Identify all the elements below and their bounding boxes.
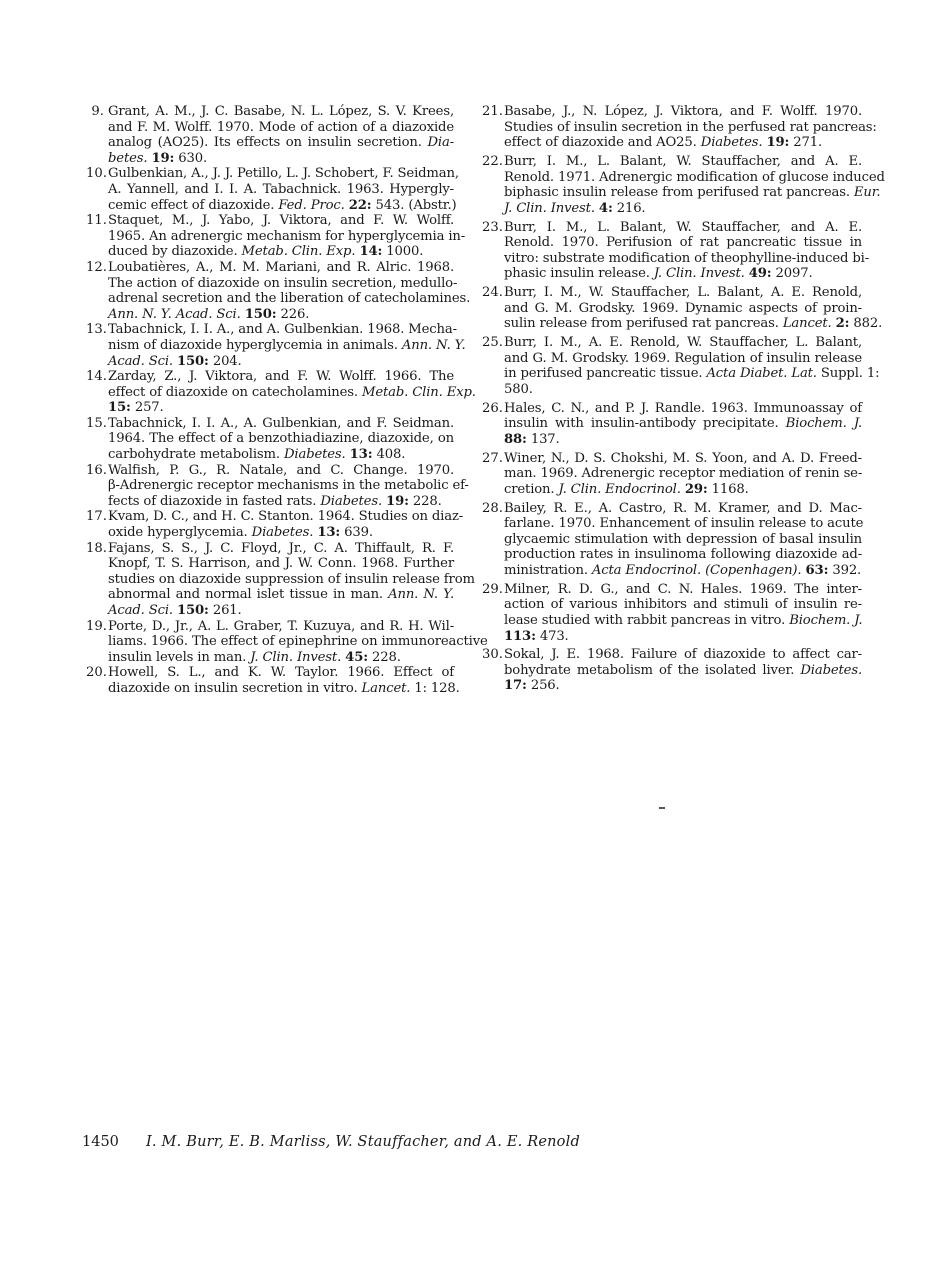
volume-number: 19: <box>151 151 174 166</box>
journal-title: Dia- <box>427 135 454 150</box>
reference-text: abnormal and normal islet tissue in man. <box>108 587 388 602</box>
journal-title: Diabetes. <box>701 135 763 150</box>
volume-number: 150: <box>177 603 209 618</box>
reference-text: sulin release from perifused rat pancrea… <box>504 316 783 331</box>
reference-text: carbohydrate metabolism. <box>108 447 284 462</box>
reference-number: 30. <box>482 647 500 663</box>
reference-item: 12.Loubatières, A., M. M. Mariani, and R… <box>86 260 454 322</box>
reference-line: effect of diazoxide on catecholamines. M… <box>108 385 454 401</box>
reference-text: phasic insulin release. <box>504 266 654 281</box>
volume-number: 15: <box>108 400 131 415</box>
reference-text: and F. M. Wolff. 1970. Mode of action of… <box>108 120 454 135</box>
reference-line: 15: 257. <box>108 400 454 416</box>
reference-text: 882. <box>849 316 882 331</box>
reference-text: 630. <box>174 151 207 166</box>
page-number: 1450 <box>82 1133 146 1151</box>
reference-text: ministration. <box>504 563 592 578</box>
reference-item: 11.Staquet, M., J. Yabo, J. Viktora, and… <box>86 213 454 260</box>
reference-line: Zarday, Z., J. Viktora, and F. W. Wolff.… <box>108 369 454 385</box>
reference-text: 543. (Abstr.) <box>372 198 457 213</box>
reference-line: 17: 256. <box>504 678 862 694</box>
reference-text: Burr, I. M., A. E. Renold, W. Stauffache… <box>504 335 862 350</box>
journal-title: Fed. Proc. <box>278 198 344 213</box>
volume-number: 113: <box>504 629 536 644</box>
reference-text: Loubatières, A., M. M. Mariani, and R. A… <box>108 260 454 275</box>
reference-number: 15. <box>86 416 104 432</box>
reference-line: Burr, I. M., L. Balant, W. Stauffacher, … <box>504 154 862 170</box>
reference-number: 27. <box>482 451 500 467</box>
reference-line: β-Adrenergic receptor mechanisms in the … <box>108 478 454 494</box>
reference-line: duced by diazoxide. Metab. Clin. Exp. 14… <box>108 244 454 260</box>
reference-line: carbohydrate metabolism. Diabetes. 13: 4… <box>108 447 454 463</box>
reference-line: Acad. Sci. 150: 261. <box>108 603 454 619</box>
reference-text: oxide hyperglycemia. <box>108 525 252 540</box>
reference-line: cretion. J. Clin. Endocrinol. 29: 1168. <box>504 482 862 498</box>
reference-number: 18. <box>86 541 104 557</box>
reference-item: 10.Gulbenkian, A., J. J. Petillo, L. J. … <box>86 166 454 213</box>
reference-text: Walfish, P. G., R. Natale, and C. Change… <box>108 463 454 478</box>
reference-text: in perifused pancreatic tissue. <box>504 366 706 381</box>
reference-text: Grant, A. M., J. C. Basabe, N. L. López,… <box>108 104 454 119</box>
reference-line: Kvam, D. C., and H. C. Stanton. 1964. St… <box>108 509 454 525</box>
journal-title: Biochem. J. <box>789 613 862 628</box>
journal-title: J. Clin. Invest. <box>504 201 595 216</box>
volume-number: 22: <box>349 198 372 213</box>
reference-number: 10. <box>86 166 104 182</box>
reference-text: 639. <box>340 525 373 540</box>
reference-text: analog (AO25). Its effects on insulin se… <box>108 135 427 150</box>
reference-line: 580. <box>504 382 862 398</box>
reference-text: Renold. 1970. Perifusion of rat pancreat… <box>504 235 862 250</box>
reference-text: adrenal secretion and the liberation of … <box>108 291 470 306</box>
reference-line: Loubatières, A., M. M. Mariani, and R. A… <box>108 260 454 276</box>
reference-line: fects of diazoxide in fasted rats. Diabe… <box>108 494 454 510</box>
reference-text: β-Adrenergic receptor mechanisms in the … <box>108 478 469 493</box>
reference-line: Renold. 1971. Adrenergic modification of… <box>504 170 862 186</box>
reference-line: Staquet, M., J. Yabo, J. Viktora, and F.… <box>108 213 454 229</box>
reference-text: production rates in insulinoma following… <box>504 547 862 562</box>
reference-item: 30.Sokal, J. E. 1968. Failure of diazoxi… <box>482 647 862 694</box>
reference-line: Burr, I. M., W. Stauffacher, L. Balant, … <box>504 285 862 301</box>
reference-text: studies on diazoxide suppression of insu… <box>108 572 475 587</box>
reference-text: Zarday, Z., J. Viktora, and F. W. Wolff.… <box>108 369 454 384</box>
reference-text: effect of diazoxide and AO25. <box>504 135 701 150</box>
reference-text: Porte, D., Jr., A. L. Graber, T. Kuzuya,… <box>108 619 454 634</box>
reference-text: lease studied with rabbit pancreas in vi… <box>504 613 789 628</box>
journal-title: Ann. N. Y. <box>388 587 454 602</box>
reference-line: studies on diazoxide suppression of insu… <box>108 572 454 588</box>
reference-text: vitro: substrate modification of theophy… <box>504 251 869 266</box>
reference-text: Suppl. 1: <box>817 366 880 381</box>
reference-line: action of various inhibitors and stimuli… <box>504 597 862 613</box>
reference-text: 216. <box>613 201 646 216</box>
reference-item: 21.Basabe, J., N. López, J. Viktora, and… <box>482 104 862 151</box>
reference-line: Knopf, T. S. Harrison, and J. W. Conn. 1… <box>108 556 454 572</box>
reference-text: Milner, R. D. G., and C. N. Hales. 1969.… <box>504 582 862 597</box>
reference-line: man. 1969. Adrenergic receptor mediation… <box>504 466 862 482</box>
reference-line: The action of diazoxide on insulin secre… <box>108 276 454 292</box>
reference-text: 137. <box>527 432 560 447</box>
reference-text: 2097. <box>772 266 813 281</box>
reference-number: 9. <box>86 104 104 120</box>
reference-text: 256. <box>527 678 560 693</box>
reference-line: abnormal and normal islet tissue in man.… <box>108 587 454 603</box>
reference-line: ministration. Acta Endocrinol. (Copenhag… <box>504 563 862 579</box>
reference-text: 1000. <box>382 244 423 259</box>
reference-text: Knopf, T. S. Harrison, and J. W. Conn. 1… <box>108 556 454 571</box>
reference-item: 19.Porte, D., Jr., A. L. Graber, T. Kuzu… <box>86 619 454 666</box>
reference-text: Gulbenkian, A., J. J. Petillo, L. J. Sch… <box>108 166 459 181</box>
journal-title: Diabetes. <box>320 494 382 509</box>
reference-text: and G. M. Grodsky. 1969. Regulation of i… <box>504 351 862 366</box>
reference-text: Kvam, D. C., and H. C. Stanton. 1964. St… <box>108 509 463 524</box>
journal-title: J. Clin. Invest. <box>250 650 341 665</box>
reference-text: Burr, I. M., L. Balant, W. Stauffacher, … <box>504 220 862 235</box>
reference-item: 18.Fajans, S. S., J. C. Floyd, Jr., C. A… <box>86 541 454 619</box>
reference-text: Fajans, S. S., J. C. Floyd, Jr., C. A. T… <box>108 541 454 556</box>
reference-text: bohydrate metabolism of the isolated liv… <box>504 663 800 678</box>
scan-speck <box>659 807 665 809</box>
reference-text: 1965. An adrenergic mechanism for hyperg… <box>108 229 465 244</box>
reference-text: Howell, S. L., and K. W. Taylor. 1966. E… <box>108 665 454 680</box>
reference-line: lease studied with rabbit pancreas in vi… <box>504 613 862 629</box>
reference-item: 17.Kvam, D. C., and H. C. Stanton. 1964.… <box>86 509 454 540</box>
reference-line: and G. M. Grodsky. 1969. Regulation of i… <box>504 351 862 367</box>
reference-text: Tabachnick, I. I. A., A. Gulbenkian, and… <box>108 416 454 431</box>
reference-text: 473. <box>536 629 569 644</box>
journal-title: Ann. N. Y. Acad. Sci. <box>108 307 241 322</box>
reference-line: 113: 473. <box>504 629 862 645</box>
volume-number: 13: <box>317 525 340 540</box>
reference-line: betes. 19: 630. <box>108 151 454 167</box>
journal-title: Metab. Clin. Exp. <box>362 385 476 400</box>
journal-title: Acad. Sci. <box>108 354 173 369</box>
reference-line: vitro: substrate modification of theophy… <box>504 251 862 267</box>
reference-text: The action of diazoxide on insulin secre… <box>108 276 457 291</box>
reference-line: J. Clin. Invest. 4: 216. <box>504 201 862 217</box>
reference-item: 9.Grant, A. M., J. C. Basabe, N. L. Lópe… <box>86 104 454 166</box>
reference-line: insulin with insulin-antibody precipitat… <box>504 416 862 432</box>
reference-line: and G. M. Grodsky. 1969. Dynamic aspects… <box>504 301 862 317</box>
running-head-authors: I. M. Burr, E. B. Marliss, W. Stauffache… <box>146 1134 580 1150</box>
reference-text: A. Yannell, and I. I. A. Tabachnick. 196… <box>108 182 454 197</box>
reference-line: diazoxide on insulin secretion in vitro.… <box>108 681 454 697</box>
volume-number: 13: <box>350 447 373 462</box>
reference-text: Burr, I. M., W. Stauffacher, L. Balant, … <box>504 285 862 300</box>
reference-number: 21. <box>482 104 500 120</box>
journal-title: Biochem. J. <box>786 416 862 431</box>
reference-item: 14.Zarday, Z., J. Viktora, and F. W. Wol… <box>86 369 454 416</box>
reference-text: duced by diazoxide. <box>108 244 242 259</box>
volume-number: 19: <box>766 135 789 150</box>
reference-item: 29.Milner, R. D. G., and C. N. Hales. 19… <box>482 582 862 644</box>
reference-line: Studies of insulin secretion in the perf… <box>504 120 862 136</box>
reference-line: Walfish, P. G., R. Natale, and C. Change… <box>108 463 454 479</box>
reference-number: 14. <box>86 369 104 385</box>
reference-number: 25. <box>482 335 500 351</box>
reference-text: Bailey, R. E., A. Castro, R. M. Kramer, … <box>504 501 862 516</box>
journal-title: Eur. <box>854 185 881 200</box>
reference-item: 15.Tabachnick, I. I. A., A. Gulbenkian, … <box>86 416 454 463</box>
reference-line: glycaemic stimulation with depression of… <box>504 532 862 548</box>
reference-line: liams. 1966. The effect of epinephrine o… <box>108 634 454 650</box>
reference-number: 17. <box>86 509 104 525</box>
reference-item: 23.Burr, I. M., L. Balant, W. Stauffache… <box>482 220 862 282</box>
reference-text: nism of diazoxide hyperglycemia in anima… <box>108 338 402 353</box>
journal-title: Ann. N. Y. <box>402 338 466 353</box>
journal-title: Metab. Clin. Exp. <box>242 244 356 259</box>
reference-number: 22. <box>482 154 500 170</box>
reference-text: 271. <box>789 135 822 150</box>
volume-number: 29: <box>685 482 708 497</box>
reference-text: 261. <box>209 603 242 618</box>
volume-number: 2: <box>836 316 850 331</box>
reference-text: 408. <box>372 447 405 462</box>
reference-text: 392. <box>828 563 861 578</box>
reference-text: effect of diazoxide on catecholamines. <box>108 385 362 400</box>
reference-item: 24.Burr, I. M., W. Stauffacher, L. Balan… <box>482 285 862 332</box>
journal-title: J. Clin. Endocrinol. <box>558 482 680 497</box>
journal-title: Lancet. <box>362 681 411 696</box>
volume-number: 63: <box>806 563 829 578</box>
reference-number: 20. <box>86 665 104 681</box>
reference-text: 1964. The effect of a benzothiadiazine, … <box>108 431 454 446</box>
reference-number: 29. <box>482 582 500 598</box>
reference-item: 13.Tabachnick, I. I. A., and A. Gulbenki… <box>86 322 454 369</box>
reference-text: Staquet, M., J. Yabo, J. Viktora, and F.… <box>108 213 454 228</box>
reference-text: fects of diazoxide in fasted rats. <box>108 494 320 509</box>
reference-number: 11. <box>86 213 104 229</box>
reference-text: 226. <box>276 307 309 322</box>
reference-line: A. Yannell, and I. I. A. Tabachnick. 196… <box>108 182 454 198</box>
reference-text: Tabachnick, I. I. A., and A. Gulbenkian.… <box>108 322 457 337</box>
journal-title: Acta Diabet. Lat. <box>706 366 816 381</box>
reference-line: Basabe, J., N. López, J. Viktora, and F.… <box>504 104 862 120</box>
reference-line: effect of diazoxide and AO25. Diabetes. … <box>504 135 862 151</box>
reference-text: Burr, I. M., L. Balant, W. Stauffacher, … <box>504 154 862 169</box>
volume-number: 17: <box>504 678 527 693</box>
reference-text: and G. M. Grodsky. 1969. Dynamic aspects… <box>504 301 862 316</box>
reference-text: Studies of insulin secretion in the perf… <box>504 120 877 135</box>
volume-number: 49: <box>749 266 772 281</box>
volume-number: 45: <box>345 650 368 665</box>
reference-text: action of various inhibitors and stimuli… <box>504 597 862 612</box>
volume-number: 150: <box>177 354 209 369</box>
references-column-right: 21.Basabe, J., N. López, J. Viktora, and… <box>482 104 862 697</box>
reference-text: Hales, C. N., and P. J. Randle. 1963. Im… <box>504 401 862 416</box>
reference-text: 228. <box>368 650 401 665</box>
reference-item: 27.Winer, N., D. S. Chokshi, M. S. Yoon,… <box>482 451 862 498</box>
reference-line: insulin levels in man. J. Clin. Invest. … <box>108 650 454 666</box>
reference-line: in perifused pancreatic tissue. Acta Dia… <box>504 366 862 382</box>
reference-item: 20.Howell, S. L., and K. W. Taylor. 1966… <box>86 665 454 696</box>
reference-text: Sokal, J. E. 1968. Failure of diazoxide … <box>504 647 862 662</box>
reference-text: Renold. 1971. Adrenergic modification of… <box>504 170 885 185</box>
reference-number: 23. <box>482 220 500 236</box>
reference-line: Grant, A. M., J. C. Basabe, N. L. López,… <box>108 104 454 120</box>
journal-title: J. Clin. Invest. <box>654 266 745 281</box>
reference-line: production rates in insulinoma following… <box>504 547 862 563</box>
volume-number: 88: <box>504 432 527 447</box>
reference-line: sulin release from perifused rat pancrea… <box>504 316 862 332</box>
reference-text: 204. <box>209 354 242 369</box>
reference-item: 26.Hales, C. N., and P. J. Randle. 1963.… <box>482 401 862 448</box>
reference-text: Basabe, J., N. López, J. Viktora, and F.… <box>504 104 862 119</box>
journal-title: Acad. Sci. <box>108 603 173 618</box>
volume-number: 4: <box>599 201 613 216</box>
reference-line: Hales, C. N., and P. J. Randle. 1963. Im… <box>504 401 862 417</box>
volume-number: 14: <box>359 244 382 259</box>
reference-line: oxide hyperglycemia. Diabetes. 13: 639. <box>108 525 454 541</box>
reference-text: cemic effect of diazoxide. <box>108 198 278 213</box>
reference-text: 228. <box>409 494 442 509</box>
page-footer: 1450I. M. Burr, E. B. Marliss, W. Stauff… <box>82 1133 580 1151</box>
reference-number: 12. <box>86 260 104 276</box>
journal-title: Lancet. <box>783 316 832 331</box>
reference-text: 580. <box>504 382 533 397</box>
reference-line: Fajans, S. S., J. C. Floyd, Jr., C. A. T… <box>108 541 454 557</box>
reference-number: 26. <box>482 401 500 417</box>
journal-title: Diabetes. <box>252 525 314 540</box>
reference-line: Tabachnick, I. I. A., A. Gulbenkian, and… <box>108 416 454 432</box>
reference-text: glycaemic stimulation with depression of… <box>504 532 862 547</box>
reference-line: Bailey, R. E., A. Castro, R. M. Kramer, … <box>504 501 862 517</box>
reference-line: Ann. N. Y. Acad. Sci. 150: 226. <box>108 307 454 323</box>
reference-line: Howell, S. L., and K. W. Taylor. 1966. E… <box>108 665 454 681</box>
reference-line: Milner, R. D. G., and C. N. Hales. 1969.… <box>504 582 862 598</box>
reference-line: 1964. The effect of a benzothiadiazine, … <box>108 431 454 447</box>
reference-line: and F. M. Wolff. 1970. Mode of action of… <box>108 120 454 136</box>
reference-line: 88: 137. <box>504 432 862 448</box>
reference-text: diazoxide on insulin secretion in vitro. <box>108 681 362 696</box>
reference-line: analog (AO25). Its effects on insulin se… <box>108 135 454 151</box>
reference-line: Burr, I. M., L. Balant, W. Stauffacher, … <box>504 220 862 236</box>
reference-text: 1: 128. <box>410 681 459 696</box>
reference-text: liams. 1966. The effect of epinephrine o… <box>108 634 488 649</box>
reference-number: 19. <box>86 619 104 635</box>
reference-number: 28. <box>482 501 500 517</box>
reference-number: 16. <box>86 463 104 479</box>
reference-text: Winer, N., D. S. Chokshi, M. S. Yoon, an… <box>504 451 862 466</box>
reference-item: 22.Burr, I. M., L. Balant, W. Stauffache… <box>482 154 862 216</box>
reference-line: farlane. 1970. Enhancement of insulin re… <box>504 516 862 532</box>
journal-title: Diabetes. <box>800 663 862 678</box>
reference-line: adrenal secretion and the liberation of … <box>108 291 454 307</box>
reference-line: biphasic insulin release from perifused … <box>504 185 862 201</box>
reference-text: insulin with insulin-antibody precipitat… <box>504 416 786 431</box>
reference-line: Burr, I. M., A. E. Renold, W. Stauffache… <box>504 335 862 351</box>
reference-line: Gulbenkian, A., J. J. Petillo, L. J. Sch… <box>108 166 454 182</box>
reference-line: bohydrate metabolism of the isolated liv… <box>504 663 862 679</box>
reference-text: cretion. <box>504 482 558 497</box>
reference-line: nism of diazoxide hyperglycemia in anima… <box>108 338 454 354</box>
reference-text: 1168. <box>708 482 749 497</box>
reference-line: Renold. 1970. Perifusion of rat pancreat… <box>504 235 862 251</box>
volume-number: 19: <box>386 494 409 509</box>
reference-line: Acad. Sci. 150: 204. <box>108 354 454 370</box>
reference-line: Porte, D., Jr., A. L. Graber, T. Kuzuya,… <box>108 619 454 635</box>
reference-text: 257. <box>131 400 164 415</box>
volume-number: 150: <box>245 307 277 322</box>
reference-item: 16.Walfish, P. G., R. Natale, and C. Cha… <box>86 463 454 510</box>
journal-title: Diabetes. <box>284 447 346 462</box>
reference-text: man. 1969. Adrenergic receptor mediation… <box>504 466 862 481</box>
reference-text: farlane. 1970. Enhancement of insulin re… <box>504 516 863 531</box>
reference-text: insulin levels in man. <box>108 650 250 665</box>
reference-item: 25.Burr, I. M., A. E. Renold, W. Stauffa… <box>482 335 862 397</box>
reference-item: 28.Bailey, R. E., A. Castro, R. M. Krame… <box>482 501 862 579</box>
references-column-left: 9.Grant, A. M., J. C. Basabe, N. L. Lópe… <box>86 104 454 697</box>
reference-line: Sokal, J. E. 1968. Failure of diazoxide … <box>504 647 862 663</box>
reference-line: Tabachnick, I. I. A., and A. Gulbenkian.… <box>108 322 454 338</box>
reference-line: phasic insulin release. J. Clin. Invest.… <box>504 266 862 282</box>
journal-title: betes. <box>108 151 147 166</box>
reference-number: 24. <box>482 285 500 301</box>
reference-number: 13. <box>86 322 104 338</box>
reference-line: Winer, N., D. S. Chokshi, M. S. Yoon, an… <box>504 451 862 467</box>
reference-text: biphasic insulin release from perifused … <box>504 185 854 200</box>
reference-line: cemic effect of diazoxide. Fed. Proc. 22… <box>108 198 454 214</box>
journal-title: Acta Endocrinol. (Copenhagen). <box>592 563 802 578</box>
reference-line: 1965. An adrenergic mechanism for hyperg… <box>108 229 454 245</box>
